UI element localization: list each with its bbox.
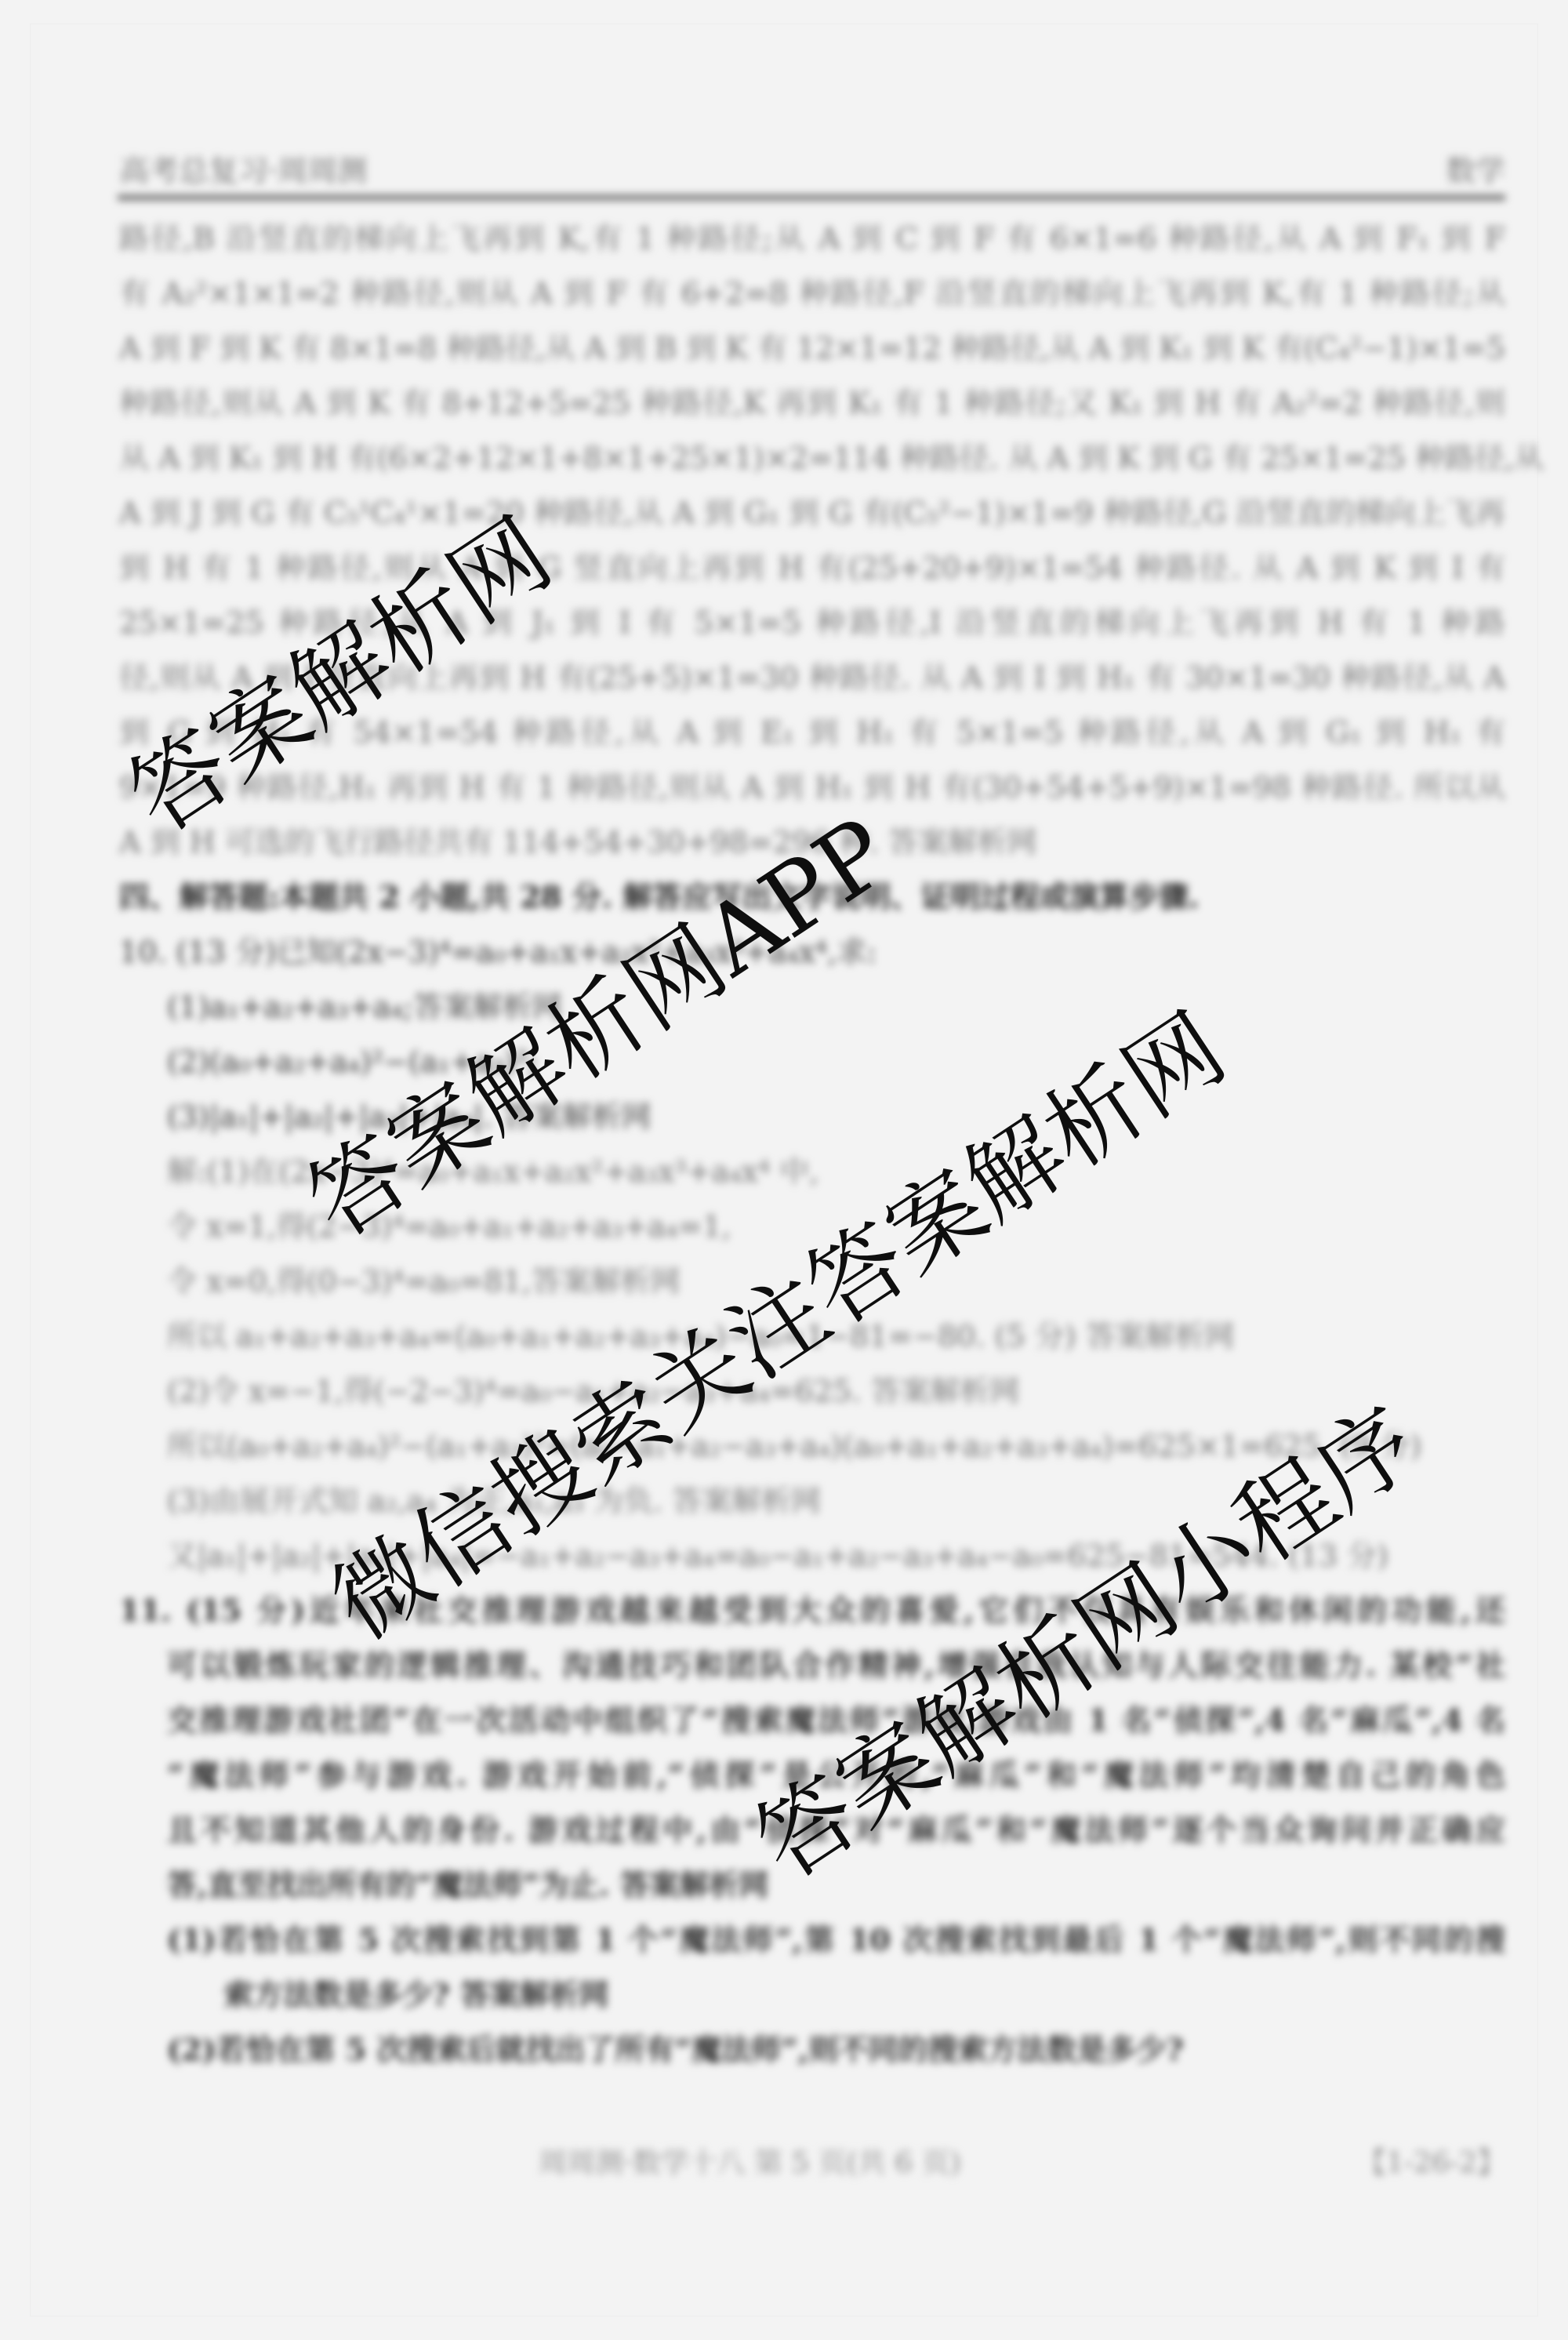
question-10-part-2: (2)(a₀+a₂+a₄)²−(a₁+a₃)²; xyxy=(119,1034,1505,1089)
footer-page-info: 周周测·数学十八 第 5 页(共 6 页) xyxy=(539,2147,961,2180)
header-rule xyxy=(118,194,1505,201)
question-11-stem-line: 11. (15 分)近年来社交推理游戏越来越受到大众的喜爱,它们不仅具有娱乐和休… xyxy=(119,1583,1505,1638)
header-series-title: 高考总复习·周周测 xyxy=(119,154,367,188)
prev-solution-line: 9×1=9 种路径,H₁ 再到 H 有 1 种路径,则从 A 到 H₁ 到 H … xyxy=(119,760,1505,815)
question-10-part-1: (1)a₁+a₂+a₃+a₄;答案解析网 xyxy=(119,979,1505,1034)
question-11-part-2: (2)若恰在第 5 次搜索后就找出了所有“魔法师”,则不同的搜索方法数是多少? xyxy=(119,2022,1505,2077)
question-10-part-3: (3)|a₁|+|a₂|+|a₃|+|a₄|. 答案解析网 xyxy=(119,1089,1505,1144)
footer-code: 【1-26-2】 xyxy=(1358,2147,1505,2180)
prev-solution-line: 有 A₂²×1×1=2 种路径,则从 A 到 F 有 6+2=8 种路径,F 沿… xyxy=(119,266,1505,321)
prev-solution-line: 路径,B 沿竖直的梯向上飞再到 K,有 1 种路径;从 A 到 C 到 F 有 … xyxy=(119,211,1505,266)
question-10-solution-line: (2)令 x=−1,得(−2−3)⁴=a₀−a₁+a₂−a₃+a₄=625. 答… xyxy=(119,1364,1505,1419)
question-11-stem-line: 可以锻炼玩家的逻辑推理、沟通技巧和团队合作精神,增强自我认知与人际交往能力. 某… xyxy=(119,1638,1505,1693)
prev-solution-line: 从 A 到 K₁ 到 H 有(6×2+12×1+8×1+25×1)×2=114 … xyxy=(119,431,1505,485)
prev-solution-line: 种路径,则从 A 到 K 有 8+12+5=25 种路径,K 再到 K₁ 有 1… xyxy=(119,376,1505,431)
prev-solution-line: A 到 J 到 G 有 C₅¹C₄¹×1=20 种路径,从 A 到 G₁ 到 G… xyxy=(119,485,1505,540)
header-subject: 数学 xyxy=(1446,154,1505,188)
prev-solution-line: A 到 F 到 K 有 8×1=8 种路径,从 A 到 B 到 K 有 12×1… xyxy=(119,321,1505,376)
prev-solution-line: 到 H 有 1 种路径,则从 A 到 G 竖直向上再到 H 有(25+20+9)… xyxy=(119,540,1505,595)
document-page: 高考总复习·周周测 数学 路径,B 沿竖直的梯向上飞再到 K,有 1 种路径;从… xyxy=(0,0,1568,2340)
question-11-part-1: (1)若恰在第 5 次搜索找到第 1 个“魔法师”,第 10 次搜索找到最后 1… xyxy=(119,1913,1505,1968)
question-11-part-1-cont: 索方法数是多少? 答案解析网 xyxy=(119,1968,1505,2022)
question-11-stem-line: 交推理游戏社团”在一次活动中组织了“搜索魔法师”游戏,游戏由 1 名“侦探”,4… xyxy=(119,1693,1505,1748)
